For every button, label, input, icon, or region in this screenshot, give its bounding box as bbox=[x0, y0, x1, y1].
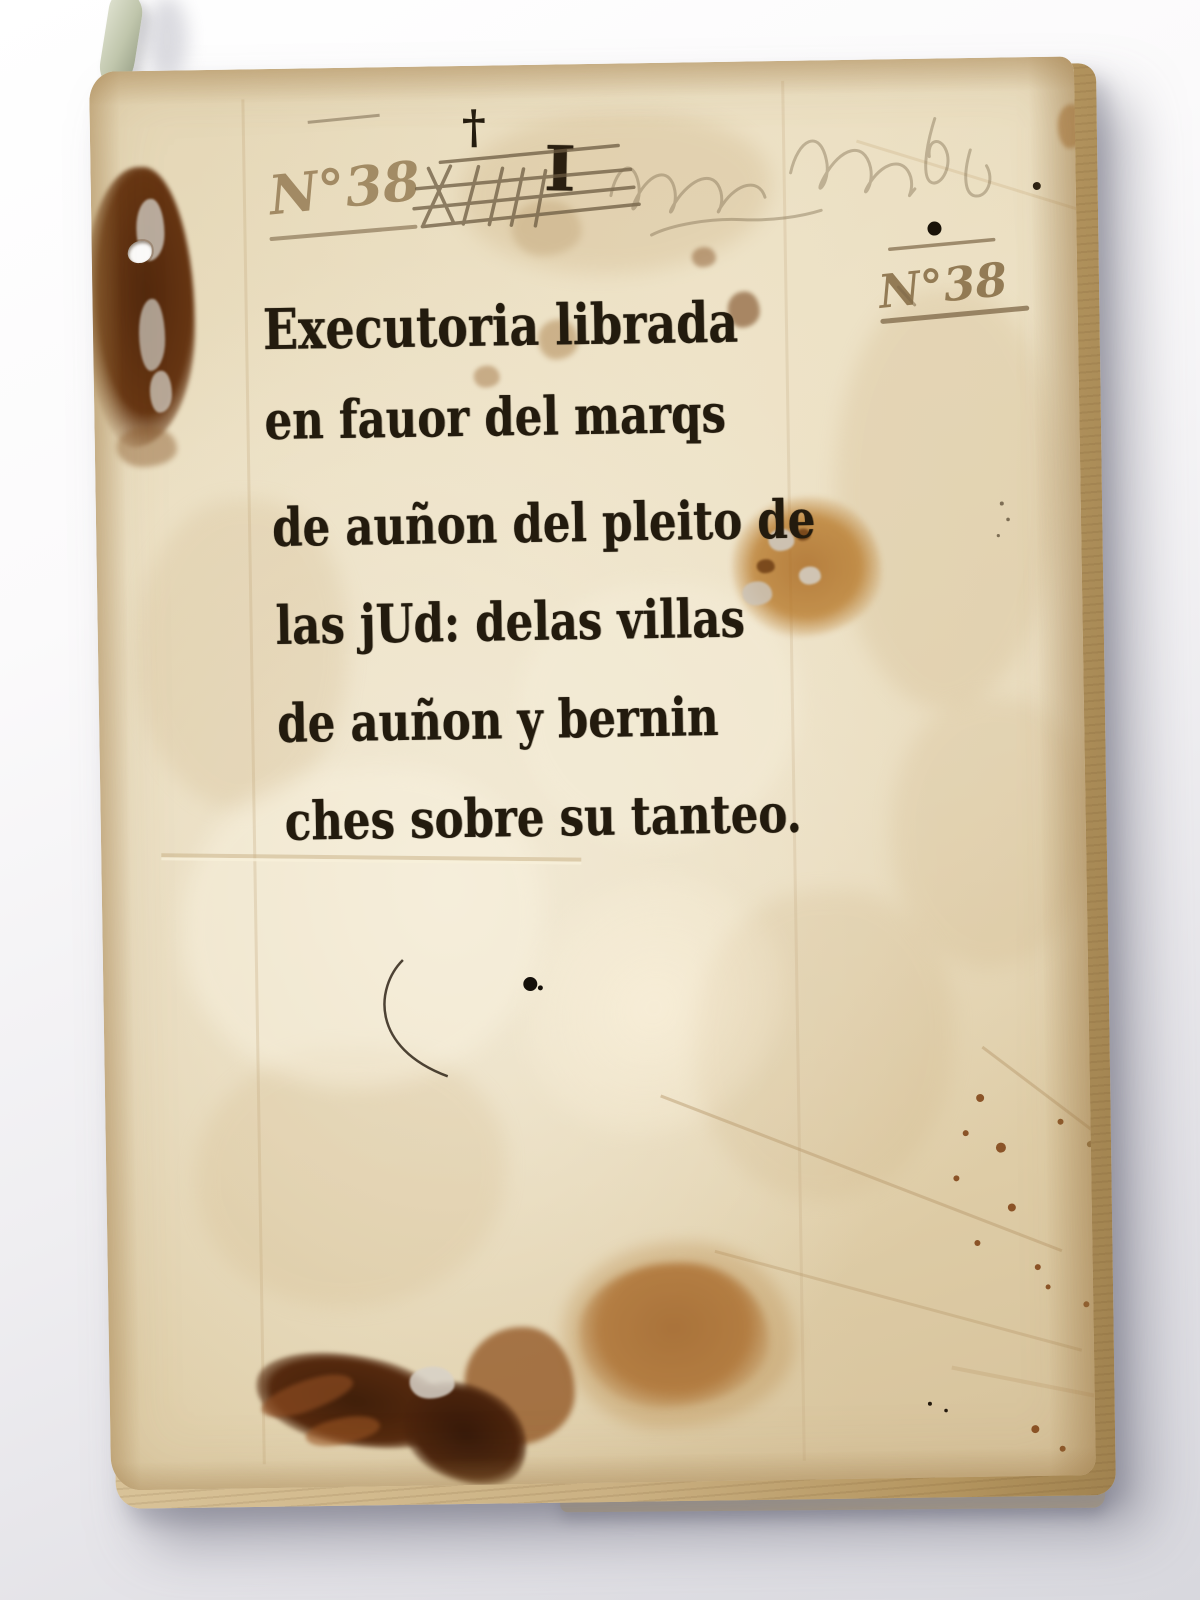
crossed-out-tally-marks bbox=[413, 145, 639, 228]
photo-background: N°38 † I N°38 Executoria librada en fauo… bbox=[0, 0, 1200, 1600]
handwriting-marks-overlay bbox=[89, 56, 1096, 1490]
ink-blot-satellite bbox=[538, 985, 543, 990]
ink-dot-top-right bbox=[927, 221, 941, 235]
rust-speckles bbox=[952, 1092, 1092, 1453]
small-specks bbox=[996, 501, 1010, 537]
curved-pen-stroke bbox=[384, 959, 448, 1077]
ink-speck bbox=[1033, 182, 1041, 190]
underline-strokes bbox=[271, 217, 1027, 331]
pencil-dash bbox=[308, 115, 380, 122]
ink-blot bbox=[523, 977, 537, 991]
faded-scribbles bbox=[610, 118, 991, 236]
ink-specks-bottom bbox=[928, 1401, 948, 1412]
parchment-cover: N°38 † I N°38 Executoria librada en fauo… bbox=[89, 56, 1096, 1490]
